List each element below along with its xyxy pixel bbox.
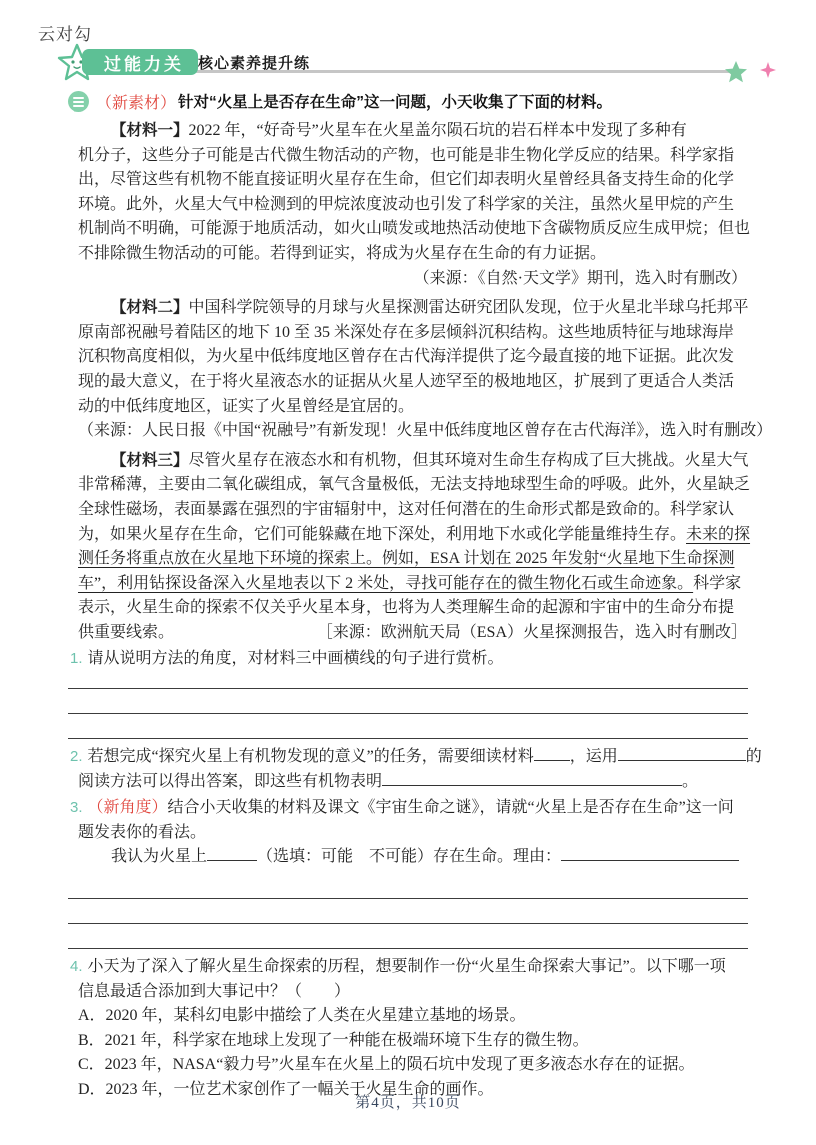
fill-in-blank	[382, 771, 682, 786]
option-C: C．2023 年，NASA“毅力号”火星车在火星上的陨石坑中发现了更多液态水存在…	[65, 1053, 749, 1078]
text-segment: 车”，利用钻探设备深入火星地表以下 2 米处，寻找可能存在的微生物化石或生命迹象…	[78, 575, 693, 592]
answer-lines	[68, 874, 746, 949]
text-segment: （选填：可能 不可能）存在生命。理由：	[257, 848, 561, 865]
text-segment: 机制尚不明确，可能源于地质活动，如火山喷发或地热活动使地下含碳物质反应生成甲烷；…	[78, 220, 750, 237]
material-line: 机分子，这些分子可能是古代微生物活动的产物，也可能是非生物化学反应的结果。科学家…	[65, 144, 749, 169]
material-line: 为，如果火星存在生命，它们可能躲藏在地下深处，利用地下水或化学能量维持生存。未来…	[65, 523, 749, 548]
text-segment: 现的最大意义，在于将火星液态水的证据从火星人迹罕至的极地地区，扩展到了更适合人类…	[78, 373, 734, 390]
text-segment: 科学家	[693, 575, 741, 592]
material-line: 【材料二】中国科学院领导的月球与火星探测雷达研究团队发现，位于火星北半球乌托邦平	[65, 296, 749, 321]
question-line: 3.（新角度）结合小天收集的材料及课文《宇宙生命之谜》，请就“火星上是否存在生命…	[65, 796, 749, 821]
text-segment: 信息最适合添加到大事记中？（ ）	[78, 983, 350, 1000]
section-badge: 过能力关	[82, 49, 198, 75]
answer-line	[68, 689, 748, 714]
section-subtitle: 核心素养提升练	[198, 52, 310, 73]
answer-lines	[68, 676, 746, 739]
text-segment: 若想完成“探究火星上有机物发现的意义”的任务，需要细读材料	[88, 748, 534, 765]
material-line: 表示，火星生命的探索不仅关乎火星本身，也将为人类理解生命的起源和宇宙中的生命分布…	[65, 596, 749, 621]
material-label: 【材料一】	[111, 122, 189, 139]
material-line: 沉积物高度相似，为火星中低纬度地区曾存在古代海洋提供了迄今最直接的地下证据。此次…	[65, 345, 749, 370]
answer-line	[68, 924, 748, 949]
text-segment: ［来源：欧洲航天局（ESA）火星探测报告，选入时有删改］	[317, 621, 747, 646]
question-line: 题发表你的看法。	[65, 821, 749, 846]
question-2: 2.若想完成“探究火星上有机物发现的意义”的任务，需要细读材料，运用的阅读方法可…	[65, 745, 749, 794]
text-segment: 沉积物高度相似，为火星中低纬度地区曾存在古代海洋提供了迄今最直接的地下证据。此次…	[78, 348, 734, 365]
text-segment: 的	[746, 748, 762, 765]
text-segment: 为，如果火星存在生命，它们可能躲藏在地下深处，利用地下水或化学能量维持生存。	[78, 526, 686, 543]
text-segment: 非常稀薄，主要由二氧化碳组成，氧气含量极低，无法支持地球型生命的呼吸。此外，火星…	[78, 476, 750, 493]
question-number: 3.	[70, 799, 83, 816]
worksheet-page: 云对勾 过能力关 核心素养提升练 （新素材） 针对“火星上是否存在生命”这一问题…	[0, 0, 816, 1145]
material-line: 【材料三】尽管火星存在液态水和有机物，但其环境对生命生存构成了巨大挑战。火星大气	[65, 449, 749, 474]
material-line: 机制尚不明确，可能源于地质活动，如火山喷发或地热活动使地下含碳物质反应生成甲烷；…	[65, 217, 749, 242]
three-lines-bubble-icon	[68, 91, 89, 112]
corner-decoration-icon	[760, 62, 776, 78]
material-label: 【材料二】	[111, 299, 189, 316]
questions: 1.请从说明方法的角度，对材料三中画横线的句子进行赏析。2.若想完成“探究火星上…	[65, 647, 749, 1102]
material-line: 原南部祝融号着陆区的地下 10 至 35 米深处存在多层倾斜沉积结构。这些地质特…	[65, 321, 749, 346]
text-segment: 。	[682, 773, 698, 790]
material-line: 非常稀薄，主要由二氧化碳组成，氧气含量极低，无法支持地球型生命的呼吸。此外，火星…	[65, 473, 749, 498]
question-line: 1.请从说明方法的角度，对材料三中画横线的句子进行赏析。	[65, 647, 749, 672]
text-segment: 题发表你的看法。	[78, 824, 206, 841]
section-badge-label: 过能力关	[104, 50, 184, 75]
material-line: 【材料一】2022 年，“好奇号”火星车在火星盖尔陨石坑的岩石样本中发现了多种有	[65, 119, 749, 144]
question-1: 1.请从说明方法的角度，对材料三中画横线的句子进行赏析。	[65, 647, 749, 739]
text-segment: 动的中低纬度地区，证实了火星曾经是宜居的。	[78, 398, 414, 415]
material-line: 测任务将重点放在火星地下环境的探索上。例如，ESA 计划在 2025 年发射“火…	[65, 547, 749, 572]
material-line: 不排除微生物活动的可能。若得到证实，将成为火星存在生命的有力证据。	[65, 242, 749, 267]
material-line: 出，尽管这些有机物不能直接证明火星存在生命，但它们却表明火星曾经具备支持生命的化…	[65, 168, 749, 193]
question-number: 2.	[70, 748, 83, 765]
text-segment: 2022 年，“好奇号”火星车在火星盖尔陨石坑的岩石样本中发现了多种有	[189, 122, 687, 139]
question-line: 信息最适合添加到大事记中？（ ）	[65, 980, 749, 1005]
divider-end-star-icon	[722, 58, 750, 86]
text-segment: （来源：人民日报《中国“祝融号”有新发现！火星中低纬度地区曾存在古代海洋》，选入…	[78, 422, 772, 439]
question-stem-text: 针对“火星上是否存在生命”这一问题，小天收集了下面的材料。	[178, 90, 612, 112]
material-line: 供重要线索。［来源：欧洲航天局（ESA）火星探测报告，选入时有删改］	[65, 621, 749, 646]
answer-line	[68, 899, 748, 924]
question-line: 我认为火星上（选填：可能 不可能）存在生命。理由：	[65, 845, 749, 870]
material-line: 动的中低纬度地区，证实了火星曾经是宜居的。	[65, 395, 749, 420]
material-line: 全球性磁场，表面暴露在强烈的宇宙辐射中，这对任何潜在的生命形式都是致命的。科学家…	[65, 498, 749, 523]
text-segment: 表示，火星生命的探索不仅关乎火星本身，也将为人类理解生命的起源和宇宙中的生命分布…	[78, 599, 734, 616]
text-segment: 全球性磁场，表面暴露在强烈的宇宙辐射中，这对任何潜在的生命形式都是致命的。科学家…	[78, 501, 734, 518]
question-line: 4.小天为了深入了解火星生命探索的历程，想要制作一份“火星生命探索大事记”。以下…	[65, 955, 749, 980]
option-A: A．2020 年，某科幻电影中描绘了人类在火星建立基地的场景。	[65, 1004, 749, 1029]
text-segment: 请从说明方法的角度，对材料三中画横线的句子进行赏析。	[88, 650, 504, 667]
question-4: 4.小天为了深入了解火星生命探索的历程，想要制作一份“火星生命探索大事记”。以下…	[65, 955, 749, 1103]
question-line: 2.若想完成“探究火星上有机物发现的意义”的任务，需要细读材料，运用的	[65, 745, 749, 770]
fill-in-blank	[534, 746, 570, 761]
material-label: 【材料三】	[111, 452, 189, 469]
new-angle-tag: （新角度）	[88, 799, 168, 816]
text-segment: 测任务将重点放在火星地下环境的探索上。例如，ESA 计划在 2025 年发射“火…	[78, 550, 734, 567]
text-segment: 供重要线索。	[78, 621, 174, 646]
text-segment: 尽管火星存在液态水和有机物，但其环境对生命生存构成了巨大挑战。火星大气	[189, 452, 749, 469]
text-segment: 机分子，这些分子可能是古代微生物活动的产物，也可能是非生物化学反应的结果。科学家…	[78, 147, 734, 164]
material-line: 环境。此外，火星大气中检测到的甲烷浓度波动也引发了科学家的关注，虽然火星甲烷的产…	[65, 193, 749, 218]
question-stem: （新素材） 针对“火星上是否存在生命”这一问题，小天收集了下面的材料。	[68, 88, 749, 114]
question-line: 阅读方法可以得出答案，即这些有机物表明。	[65, 770, 749, 795]
text-segment: 环境。此外，火星大气中检测到的甲烷浓度波动也引发了科学家的关注，虽然火星甲烷的产…	[78, 196, 734, 213]
text-segment: 原南部祝融号着陆区的地下 10 至 35 米深处存在多层倾斜沉积结构。这些地质特…	[78, 324, 734, 341]
option-B: B．2021 年，科学家在地球上发现了一种能在极端环境下生存的微生物。	[65, 1029, 749, 1054]
fill-in-blank	[561, 846, 739, 861]
answer-line	[68, 714, 748, 739]
fill-in-blank	[618, 746, 746, 761]
page-number: 第4页，共10页	[0, 1091, 816, 1112]
material-line: （来源：《自然·天文学》期刊，选入时有删改）	[65, 267, 749, 292]
text-segment: （来源：《自然·天文学》期刊，选入时有删改）	[414, 270, 747, 287]
text-segment: 结合小天收集的材料及课文《宇宙生命之谜》，请就“火星上是否存在生命”这一问	[168, 799, 734, 816]
text-segment: 阅读方法可以得出答案，即这些有机物表明	[78, 773, 382, 790]
text-segment: 未来的探	[686, 526, 750, 543]
question-number: 1.	[70, 650, 83, 667]
text-segment: 我认为火星上	[111, 848, 207, 865]
text-segment: 不排除微生物活动的可能。若得到证实，将成为火星存在生命的有力证据。	[78, 245, 606, 262]
materials: 【材料一】2022 年，“好奇号”火星车在火星盖尔陨石坑的岩石样本中发现了多种有…	[65, 119, 749, 645]
text-segment: 中国科学院领导的月球与火星探测雷达研究团队发现，位于火星北半球乌托邦平	[189, 299, 749, 316]
question-number: 4.	[70, 958, 83, 975]
text-segment: 出，尽管这些有机物不能直接证明火星存在生命，但它们却表明火星曾经具备支持生命的化…	[78, 171, 734, 188]
new-material-tag: （新素材）	[96, 90, 176, 113]
question-3: 3.（新角度）结合小天收集的材料及课文《宇宙生命之谜》，请就“火星上是否存在生命…	[65, 796, 749, 949]
text-segment: ，运用	[570, 748, 618, 765]
answer-line	[68, 676, 748, 689]
material-line: 现的最大意义，在于将火星液态水的证据从火星人迹罕至的极地地区，扩展到了更适合人类…	[65, 370, 749, 395]
material-line: 车”，利用钻探设备深入火星地表以下 2 米处，寻找可能存在的微生物化石或生命迹象…	[65, 572, 749, 597]
text-segment: 小天为了深入了解火星生命探索的历程，想要制作一份“火星生命探索大事记”。以下哪一…	[88, 958, 726, 975]
material-3: 【材料三】尽管火星存在液态水和有机物，但其环境对生命生存构成了巨大挑战。火星大气…	[65, 449, 749, 646]
fill-in-blank	[207, 846, 257, 861]
main-content: （新素材） 针对“火星上是否存在生命”这一问题，小天收集了下面的材料。 【材料一…	[65, 88, 749, 1103]
material-1: 【材料一】2022 年，“好奇号”火星车在火星盖尔陨石坑的岩石样本中发现了多种有…	[65, 119, 749, 291]
material-2: 【材料二】中国科学院领导的月球与火星探测雷达研究团队发现，位于火星北半球乌托邦平…	[65, 296, 749, 444]
material-line: （来源：人民日报《中国“祝融号”有新发现！火星中低纬度地区曾存在古代海洋》，选入…	[65, 419, 749, 444]
answer-line	[68, 874, 748, 899]
